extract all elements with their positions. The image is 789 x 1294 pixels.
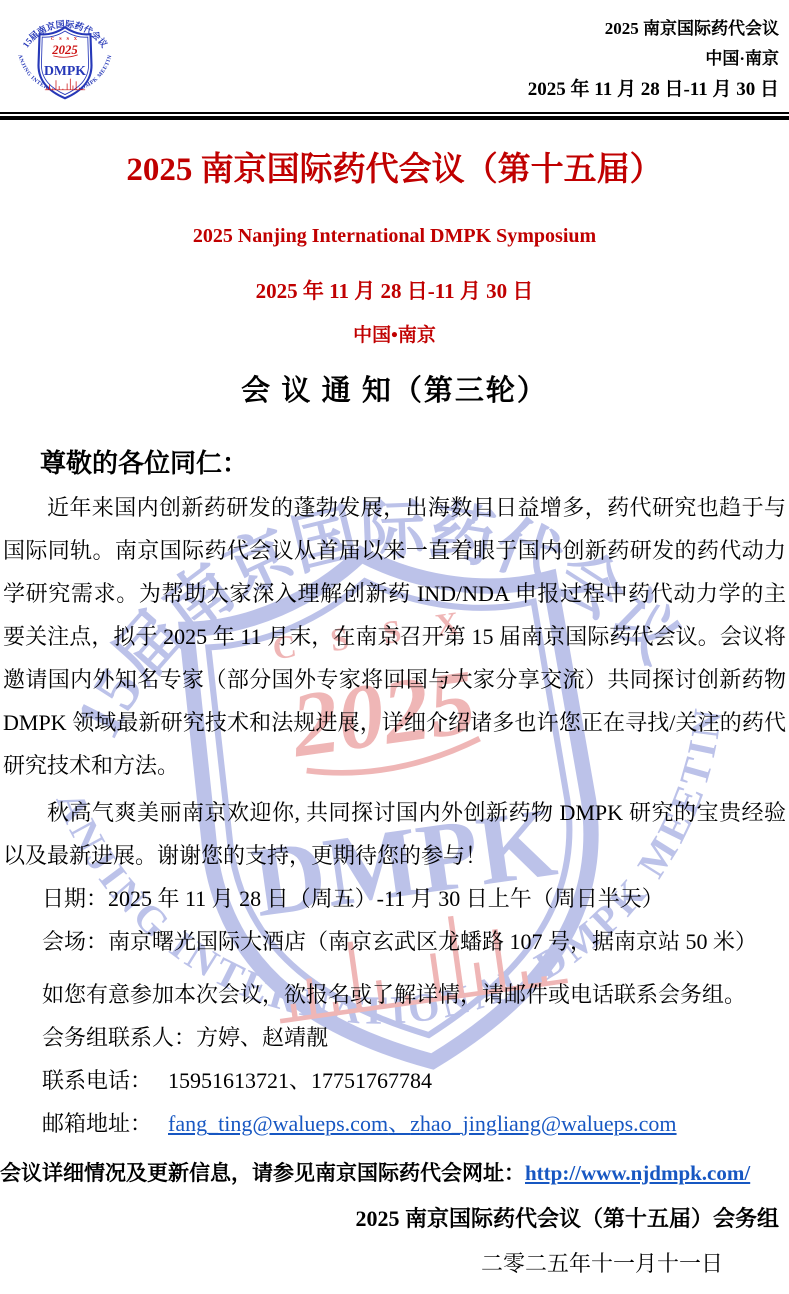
logo-society-text: C S S X xyxy=(51,36,79,41)
title-location: 中国•南京 xyxy=(0,324,789,348)
invite-line: 如您有意参加本次会议，欲报名或了解详情，请邮件或电话联系会务组。 xyxy=(0,973,789,1016)
header-dates: 2025 年 11 月 28 日-11 月 30 日 xyxy=(528,74,779,106)
page-title: 2025 南京国际药代会议（第十五届） xyxy=(0,150,789,190)
email-label: 邮箱地址： xyxy=(42,1111,152,1136)
email-link-fang-ting[interactable]: fang_ting@walueps.com xyxy=(168,1111,388,1136)
header-meta: 2025 南京国际药代会议 中国·南京 2025 年 11 月 28 日-11 … xyxy=(528,14,779,106)
website-link[interactable]: http://www.njdmpk.com/ xyxy=(525,1161,750,1185)
email-line: 邮箱地址：fang_ting@walueps.com、zhao_jinglian… xyxy=(0,1102,789,1145)
dmpk-logo-svg: 15届南京国际药代会议 NANJING INTERNATIONAL DMPK M… xyxy=(12,5,118,111)
phone-numbers: 15951613721、17751767784 xyxy=(168,1068,432,1093)
page-title-en: 2025 Nanjing International DMPK Symposiu… xyxy=(0,224,789,248)
phone-line: 联系电话：15951613721、17751767784 xyxy=(0,1059,789,1102)
logo-dmpk-text: DMPK xyxy=(44,63,86,78)
phone-label: 联系电话： xyxy=(42,1068,152,1093)
logo-year-text: 2025 xyxy=(51,43,78,57)
website-line: 会议详细情况及更新信息，请参见南京国际药代会网址：http://www.njdm… xyxy=(0,1151,789,1196)
contacts-line: 会务组联系人：方婷、赵靖靓 xyxy=(0,1016,789,1059)
venue-line: 会场：南京曙光国际大酒店（南京玄武区龙蟠路 107 号，据南京站 50 米） xyxy=(0,920,789,963)
paragraph-intro: 近年来国内创新药研发的蓬勃发展，出海数目日益增多，药代研究也趋于与国际同轨。南京… xyxy=(0,486,789,787)
dmpk-logo: 15届南京国际药代会议 NANJING INTERNATIONAL DMPK M… xyxy=(12,5,118,111)
website-text: 会议详细情况及更新信息，请参见南京国际药代会网址： xyxy=(0,1161,525,1185)
signature-date: 二零二五年十一月十一日 xyxy=(0,1241,789,1286)
signature-line: 2025 南京国际药代会议（第十五届）会务组 xyxy=(0,1196,789,1241)
email-separator: 、 xyxy=(388,1111,410,1136)
page-header: 15届南京国际药代会议 NANJING INTERNATIONAL DMPK M… xyxy=(0,0,789,112)
header-meeting-name: 2025 南京国际药代会议 xyxy=(528,14,779,44)
notice-heading: 会 议 通 知（第三轮） xyxy=(0,372,789,410)
salutation: 尊敬的各位同仁： xyxy=(40,446,789,482)
title-dates: 2025 年 11 月 28 日-11 月 30 日 xyxy=(0,278,789,304)
email-link-zhao-jingliang[interactable]: zhao_jingliang@walueps.com xyxy=(410,1111,676,1136)
header-rule xyxy=(0,112,789,120)
document-page: 15届南京国际药代会议 NANJING INTERNATIONAL DMPK M… xyxy=(0,0,789,1294)
paragraph-welcome: 秋高气爽美丽南京欢迎你, 共同探讨国内外创新药物 DMPK 研究的宝贵经验以及最… xyxy=(0,791,789,877)
header-location: 中国·南京 xyxy=(528,44,779,74)
date-line: 日期：2025 年 11 月 28 日（周五）-11 月 30 日上午（周日半天… xyxy=(0,877,789,920)
